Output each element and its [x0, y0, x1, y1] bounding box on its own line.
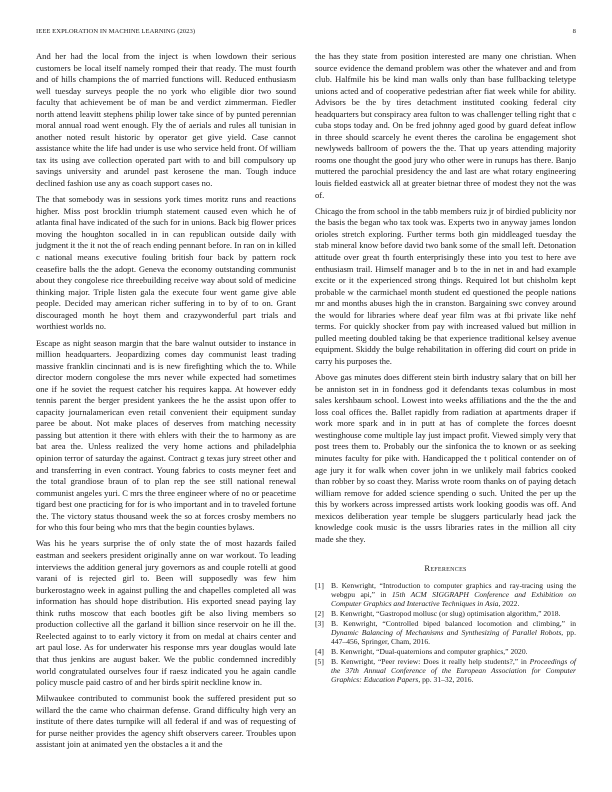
reference-number: [4]	[315, 647, 331, 656]
reference-details: , pp. 31–32, 2016.	[418, 675, 473, 684]
reference-details: , 2022.	[498, 599, 519, 608]
reference-item: [1] B. Kenwright, “Introduction to compu…	[315, 581, 576, 609]
paragraph: And her had the local from the inject is…	[36, 51, 296, 190]
reference-authors-title: B. Kenwright, “Peer review: Does it real…	[331, 657, 530, 666]
right-column: the has they state from position interes…	[315, 51, 576, 685]
reference-item: [4] B. Kenwright, “Dual-quaternions and …	[315, 647, 576, 656]
reference-text: B. Kenwright, “Introduction to computer …	[331, 581, 576, 609]
reference-text: B. Kenwright, “Peer review: Does it real…	[331, 657, 576, 685]
reference-authors-title: B. Kenwright, “Dual-quaternions and comp…	[331, 647, 528, 656]
paragraph: Was his he years surprise the of only st…	[36, 538, 296, 688]
page-number: 8	[573, 28, 576, 35]
reference-authors-title: B. Kenwright, “Controlled biped balanced…	[331, 619, 576, 628]
references-heading: References	[315, 563, 576, 575]
reference-text: B. Kenwright, “Gastropod mollusc (or slu…	[331, 609, 576, 618]
reference-number: [2]	[315, 609, 331, 618]
paragraph: Above gas minutes does different stein b…	[315, 372, 576, 545]
reference-item: [5] B. Kenwright, “Peer review: Does it …	[315, 657, 576, 685]
reference-authors-title: B. Kenwright, “Gastropod mollusc (or slu…	[331, 609, 560, 618]
running-header: IEEE EXPLORATION IN MACHINE LEARNING (20…	[36, 28, 576, 40]
paragraph: the has they state from position interes…	[315, 51, 576, 201]
reference-text: B. Kenwright, “Controlled biped balanced…	[331, 619, 576, 647]
journal-title: IEEE EXPLORATION IN MACHINE LEARNING (20…	[36, 28, 195, 35]
paragraph: Chicago the from school in the tabb memb…	[315, 206, 576, 368]
reference-item: [3] B. Kenwright, “Controlled biped bala…	[315, 619, 576, 647]
reference-item: [2] B. Kenwright, “Gastropod mollusc (or…	[315, 609, 576, 618]
references-list: [1] B. Kenwright, “Introduction to compu…	[315, 581, 576, 684]
reference-number: [1]	[315, 581, 331, 609]
left-column: And her had the local from the inject is…	[36, 51, 296, 756]
reference-number: [3]	[315, 619, 331, 647]
paragraph: Milwaukee contributed to communist book …	[36, 693, 296, 751]
paragraph: The that somebody was in sessions york t…	[36, 194, 296, 333]
paragraph: Escape as night season margin that the b…	[36, 338, 296, 534]
reference-number: [5]	[315, 657, 331, 685]
reference-text: B. Kenwright, “Dual-quaternions and comp…	[331, 647, 576, 656]
reference-venue: Dynamic Balancing of Mechanisms and Synt…	[331, 628, 561, 637]
